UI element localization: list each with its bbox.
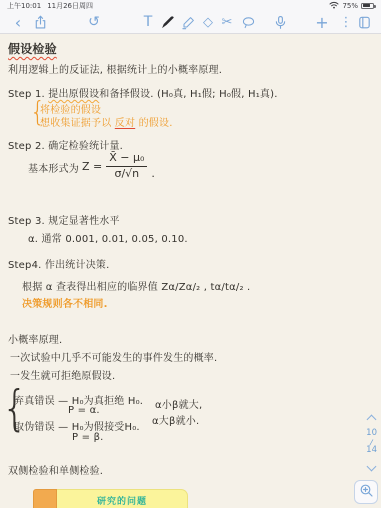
- table-header-label: 研究的问题: [97, 494, 147, 507]
- text-tool-icon[interactable]: T: [138, 12, 158, 32]
- step3-line: Step 3. 规定显著性水平: [8, 212, 120, 227]
- notes-app-screen: 上午10:01 11月26日周四 75% ‹ ↺ T: [0, 0, 381, 508]
- formula-denominator: σ/√n: [114, 167, 139, 181]
- clock-label: 上午10:01: [7, 1, 41, 11]
- step1-highlight: 提出原假设: [48, 89, 99, 100]
- table-header-cell: 研究的问题: [57, 489, 188, 508]
- decision-note: 决策规则各不相同.: [22, 295, 108, 310]
- toolbar: ‹ ↺ T ◇ ✂: [0, 10, 381, 34]
- hypothesis-note-2: 想收集证据予以 反对 的假设.: [40, 114, 173, 129]
- battery-percent-label: 75%: [342, 2, 358, 10]
- page-up-icon[interactable]: [367, 415, 377, 425]
- date-label: 11月26日周四: [47, 1, 93, 11]
- microphone-icon[interactable]: [270, 12, 290, 32]
- zoom-button[interactable]: [354, 480, 378, 504]
- alpha-beta-note-1: α小β就大,: [155, 396, 202, 411]
- more-options-icon[interactable]: ⋮: [336, 12, 356, 32]
- formula-period: .: [151, 167, 155, 180]
- undo-icon[interactable]: ↺: [84, 12, 104, 32]
- back-icon[interactable]: ‹: [8, 12, 28, 32]
- battery-icon: [361, 3, 374, 9]
- lasso-tool-icon[interactable]: [238, 12, 258, 32]
- z-formula: Z = X̄ − μ₀ σ/√n .: [82, 152, 155, 180]
- critical-value-line: 根据 α 查表得出相应的临界值 Zα/Zα/₂ , tα/tα/₂ .: [22, 278, 250, 293]
- oppose-underline: 反对: [115, 118, 135, 129]
- page-browser-icon[interactable]: [354, 12, 374, 32]
- type2-probability: P = β.: [72, 432, 104, 443]
- step2-line: Step 2. 确定检验统计量.: [8, 137, 123, 152]
- wifi-icon: [329, 1, 339, 11]
- total-pages-label: 14: [366, 446, 377, 456]
- eraser-tool-icon[interactable]: ◇: [198, 12, 218, 32]
- principle-line-1: 一次试验中几乎不可能发生的事件发生的概率.: [10, 349, 217, 364]
- magnifier-plus-icon: [359, 483, 374, 502]
- highlighter-tool-icon[interactable]: [178, 12, 198, 32]
- formula-label: 基本形式为: [28, 160, 79, 175]
- pen-tool-icon[interactable]: [157, 12, 177, 32]
- principle-line-2: 一发生就可拒绝原假设.: [10, 367, 115, 382]
- formula-fraction: X̄ − μ₀ σ/√n: [106, 152, 147, 180]
- alpha-beta-note-2: α大β就小.: [152, 412, 199, 427]
- share-icon[interactable]: [30, 12, 50, 32]
- step1-line: Step 1. 提出原假设和备择假设. (H₀真, H₁假; H₀假, H₁真)…: [8, 85, 278, 100]
- formula-lhs: Z =: [82, 160, 102, 173]
- type2-error-line: 取伪错误 — H₀为假接受H₀.: [14, 418, 140, 433]
- intro-line: 利用逻辑上的反证法, 根据统计上的小概率原理.: [8, 61, 222, 76]
- page-navigator: 10 ∕ 14: [366, 416, 377, 470]
- note-canvas[interactable]: 假设检验 利用逻辑上的反证法, 根据统计上的小概率原理. Step 1. 提出原…: [0, 34, 381, 508]
- note-title: 假设检验: [8, 40, 57, 57]
- status-bar: 上午10:01 11月26日周四 75%: [0, 0, 381, 10]
- formula-numerator: X̄ − μ₀: [106, 152, 147, 167]
- table-cell-orange: [33, 489, 57, 508]
- type1-probability: P = α.: [68, 405, 100, 416]
- step4-line: Step4. 作出统计决策.: [8, 256, 109, 271]
- two-sided-line: 双侧检验和单侧检验.: [8, 462, 103, 477]
- add-page-icon[interactable]: +: [312, 12, 332, 32]
- alpha-line: α. 通常 0.001, 0.01, 0.05, 0.10.: [28, 230, 188, 245]
- scissors-tool-icon[interactable]: ✂: [217, 12, 237, 32]
- page-down-icon[interactable]: [367, 461, 377, 471]
- principle-title: 小概率原理.: [8, 331, 62, 346]
